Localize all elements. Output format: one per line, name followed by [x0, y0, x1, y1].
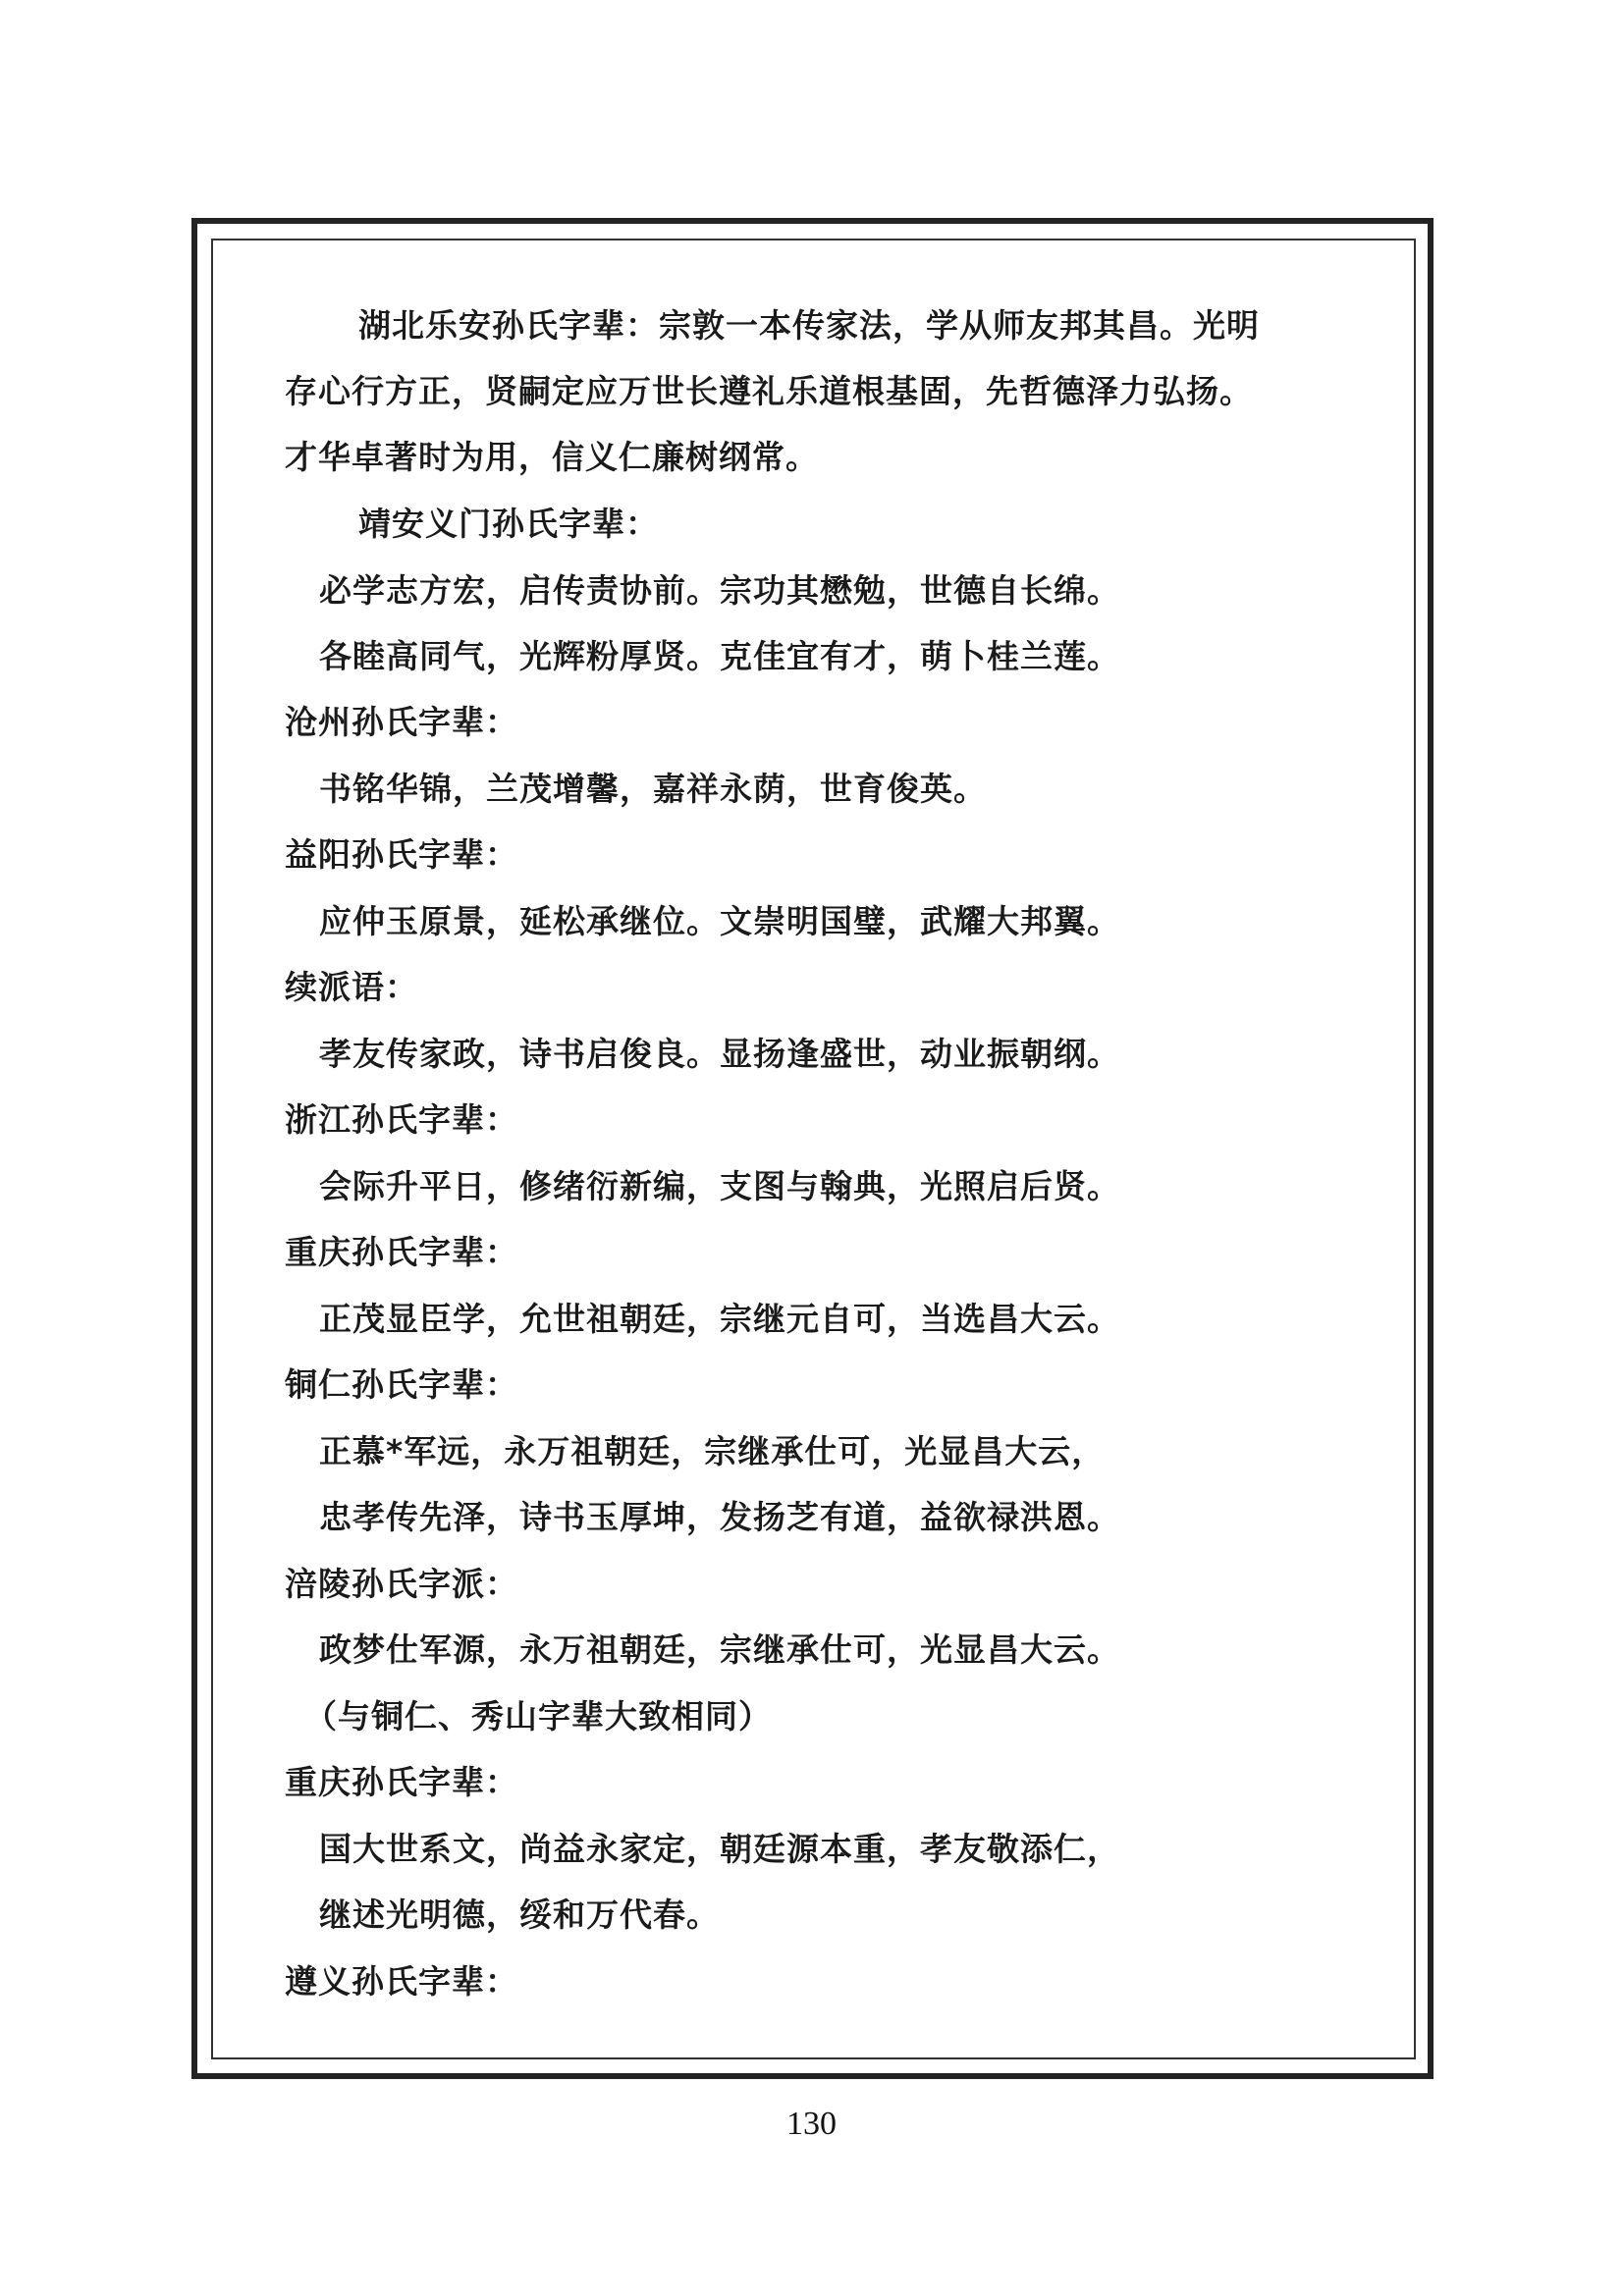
- verse-line: 忠孝传先泽，诗书玉厚坤，发扬芝有道，益欲禄洪恩。: [319, 1498, 1120, 1537]
- verse-line: 正茂显臣学，允世祖朝廷，宗继元自可，当选昌大云。: [319, 1300, 1120, 1339]
- verse-line: 应仲玉原景，延松承继位。文崇明国璧，武耀大邦翼。: [319, 902, 1120, 941]
- section-heading: 靖安义门孙氏字辈：: [358, 505, 659, 544]
- note-line: （与铜仁、秀山字辈大致相同）: [304, 1697, 772, 1736]
- section-heading: 沧州孙氏字辈：: [285, 703, 518, 742]
- verse-line: 必学志方宏，启传责协前。宗功其懋勉，世德自长绵。: [319, 571, 1120, 611]
- verse-line: 孝友传家政，诗书启俊良。显扬逢盛世，动业振朝纲。: [319, 1035, 1120, 1074]
- verse-line: 会际升平日，修绪衍新编，支图与翰典，光照启后贤。: [319, 1167, 1120, 1206]
- verse-line: 继述光明德，绥和万代春。: [319, 1896, 720, 1935]
- paragraph-line: 存心行方正，贤嗣定应万世长遵礼乐道根基固，先哲德泽力弘扬。: [285, 372, 1253, 411]
- verse-line: 正慕*军远，永万祖朝廷，宗继承仕可，光显昌大云，: [319, 1432, 1105, 1471]
- section-heading: 重庆孙氏字辈：: [285, 1763, 518, 1802]
- paragraph-line: 湖北乐安孙氏字辈：宗敦一本传家法，学从师友邦其昌。光明: [358, 306, 1260, 346]
- section-heading: 益阳孙氏字辈：: [285, 835, 518, 875]
- section-heading: 浙江孙氏字辈：: [285, 1100, 518, 1140]
- section-heading: 续派语：: [285, 968, 418, 1007]
- section-heading: 涪陵孙氏字派：: [285, 1565, 518, 1604]
- section-heading: 遵义孙氏字辈：: [285, 1962, 518, 2002]
- page-number: 130: [0, 2106, 1623, 2143]
- verse-line: 国大世系文，尚益永家定，朝廷源本重，孝友敬添仁，: [319, 1830, 1120, 1869]
- verse-line: 书铭华锦，兰茂增馨，嘉祥永荫，世育俊英。: [319, 770, 987, 809]
- verse-line: 政梦仕军源，永万祖朝廷，宗继承仕可，光显昌大云。: [319, 1630, 1120, 1670]
- section-heading: 重庆孙氏字辈：: [285, 1233, 518, 1272]
- section-heading: 铜仁孙氏字辈：: [285, 1365, 518, 1405]
- paragraph-line: 才华卓著时为用，信义仁廉树纲常。: [285, 438, 819, 477]
- verse-line: 各睦高同气，光辉粉厚贤。克佳宜有才，萌卜桂兰莲。: [319, 637, 1120, 676]
